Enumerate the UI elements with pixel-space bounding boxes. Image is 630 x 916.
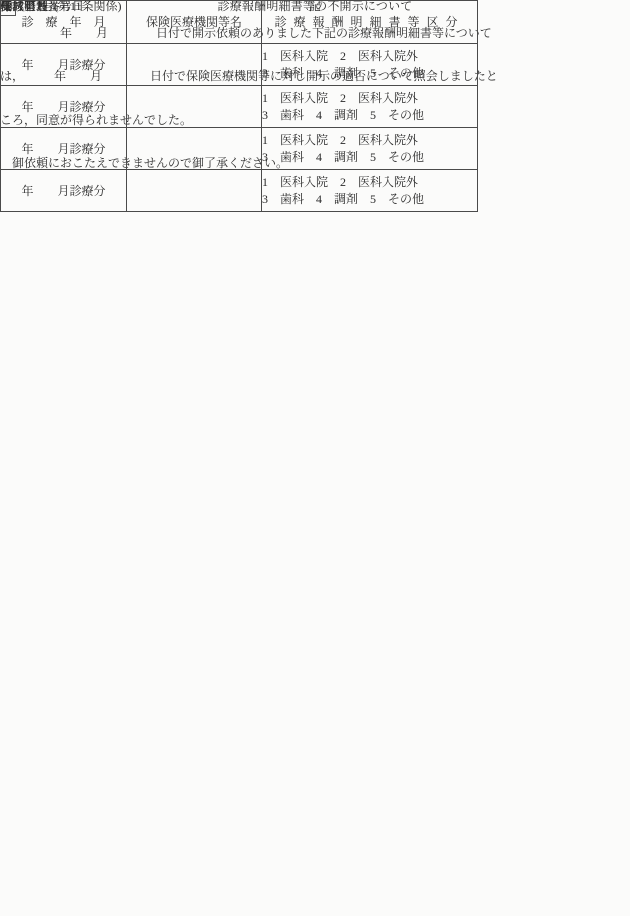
claims-table: 診 療 年 月 保険医療機関等名 診療報酬明細書等区分 年 月診療分 1 医科入… [0, 0, 478, 212]
category-options-line: 3 歯科 4 調剤 5 その他 [262, 191, 477, 208]
period-cell: 年 月診療分 [1, 170, 127, 212]
institution-cell [127, 170, 262, 212]
category-options-line: 1 医科入院 2 医科入院外 [262, 48, 477, 65]
table-row: 年 月診療分 1 医科入院 2 医科入院外 3 歯科 4 調剤 5 その他 [1, 128, 478, 170]
category-cell: 1 医科入院 2 医科入院外 3 歯科 4 調剤 5 その他 [262, 86, 478, 128]
document-page: 様式第7号(第11条関係) 年 月 日 受付整理番号 様 茨城町長 印 診療報酬… [0, 0, 630, 916]
table-row: 年 月診療分 1 医科入院 2 医科入院外 3 歯科 4 調剤 5 その他 [1, 170, 478, 212]
institution-cell [127, 128, 262, 170]
category-cell: 1 医科入院 2 医科入院外 3 歯科 4 調剤 5 その他 [262, 128, 478, 170]
institution-cell [127, 44, 262, 86]
category-options-line: 1 医科入院 2 医科入院外 [262, 132, 477, 149]
col-header-institution-name: 保険医療機関等名 [127, 1, 262, 44]
category-cell: 1 医科入院 2 医科入院外 3 歯科 4 調剤 5 その他 [262, 44, 478, 86]
category-options-line: 3 歯科 4 調剤 5 その他 [262, 65, 477, 82]
category-cell: 1 医科入院 2 医科入院外 3 歯科 4 調剤 5 その他 [262, 170, 478, 212]
col-header-treatment-period: 診 療 年 月 [1, 1, 127, 44]
table-row: 年 月診療分 1 医科入院 2 医科入院外 3 歯科 4 調剤 5 その他 [1, 44, 478, 86]
period-cell: 年 月診療分 [1, 86, 127, 128]
table-row: 年 月診療分 1 医科入院 2 医科入院外 3 歯科 4 調剤 5 その他 [1, 86, 478, 128]
category-options-line: 1 医科入院 2 医科入院外 [262, 90, 477, 107]
institution-cell [127, 86, 262, 128]
col-header-statement-category: 診療報酬明細書等区分 [262, 1, 478, 44]
category-options-line: 1 医科入院 2 医科入院外 [262, 174, 477, 191]
category-options-line: 3 歯科 4 調剤 5 その他 [262, 107, 477, 124]
category-options-line: 3 歯科 4 調剤 5 その他 [262, 149, 477, 166]
table-header-row: 診 療 年 月 保険医療機関等名 診療報酬明細書等区分 [1, 1, 478, 44]
period-cell: 年 月診療分 [1, 128, 127, 170]
period-cell: 年 月診療分 [1, 44, 127, 86]
